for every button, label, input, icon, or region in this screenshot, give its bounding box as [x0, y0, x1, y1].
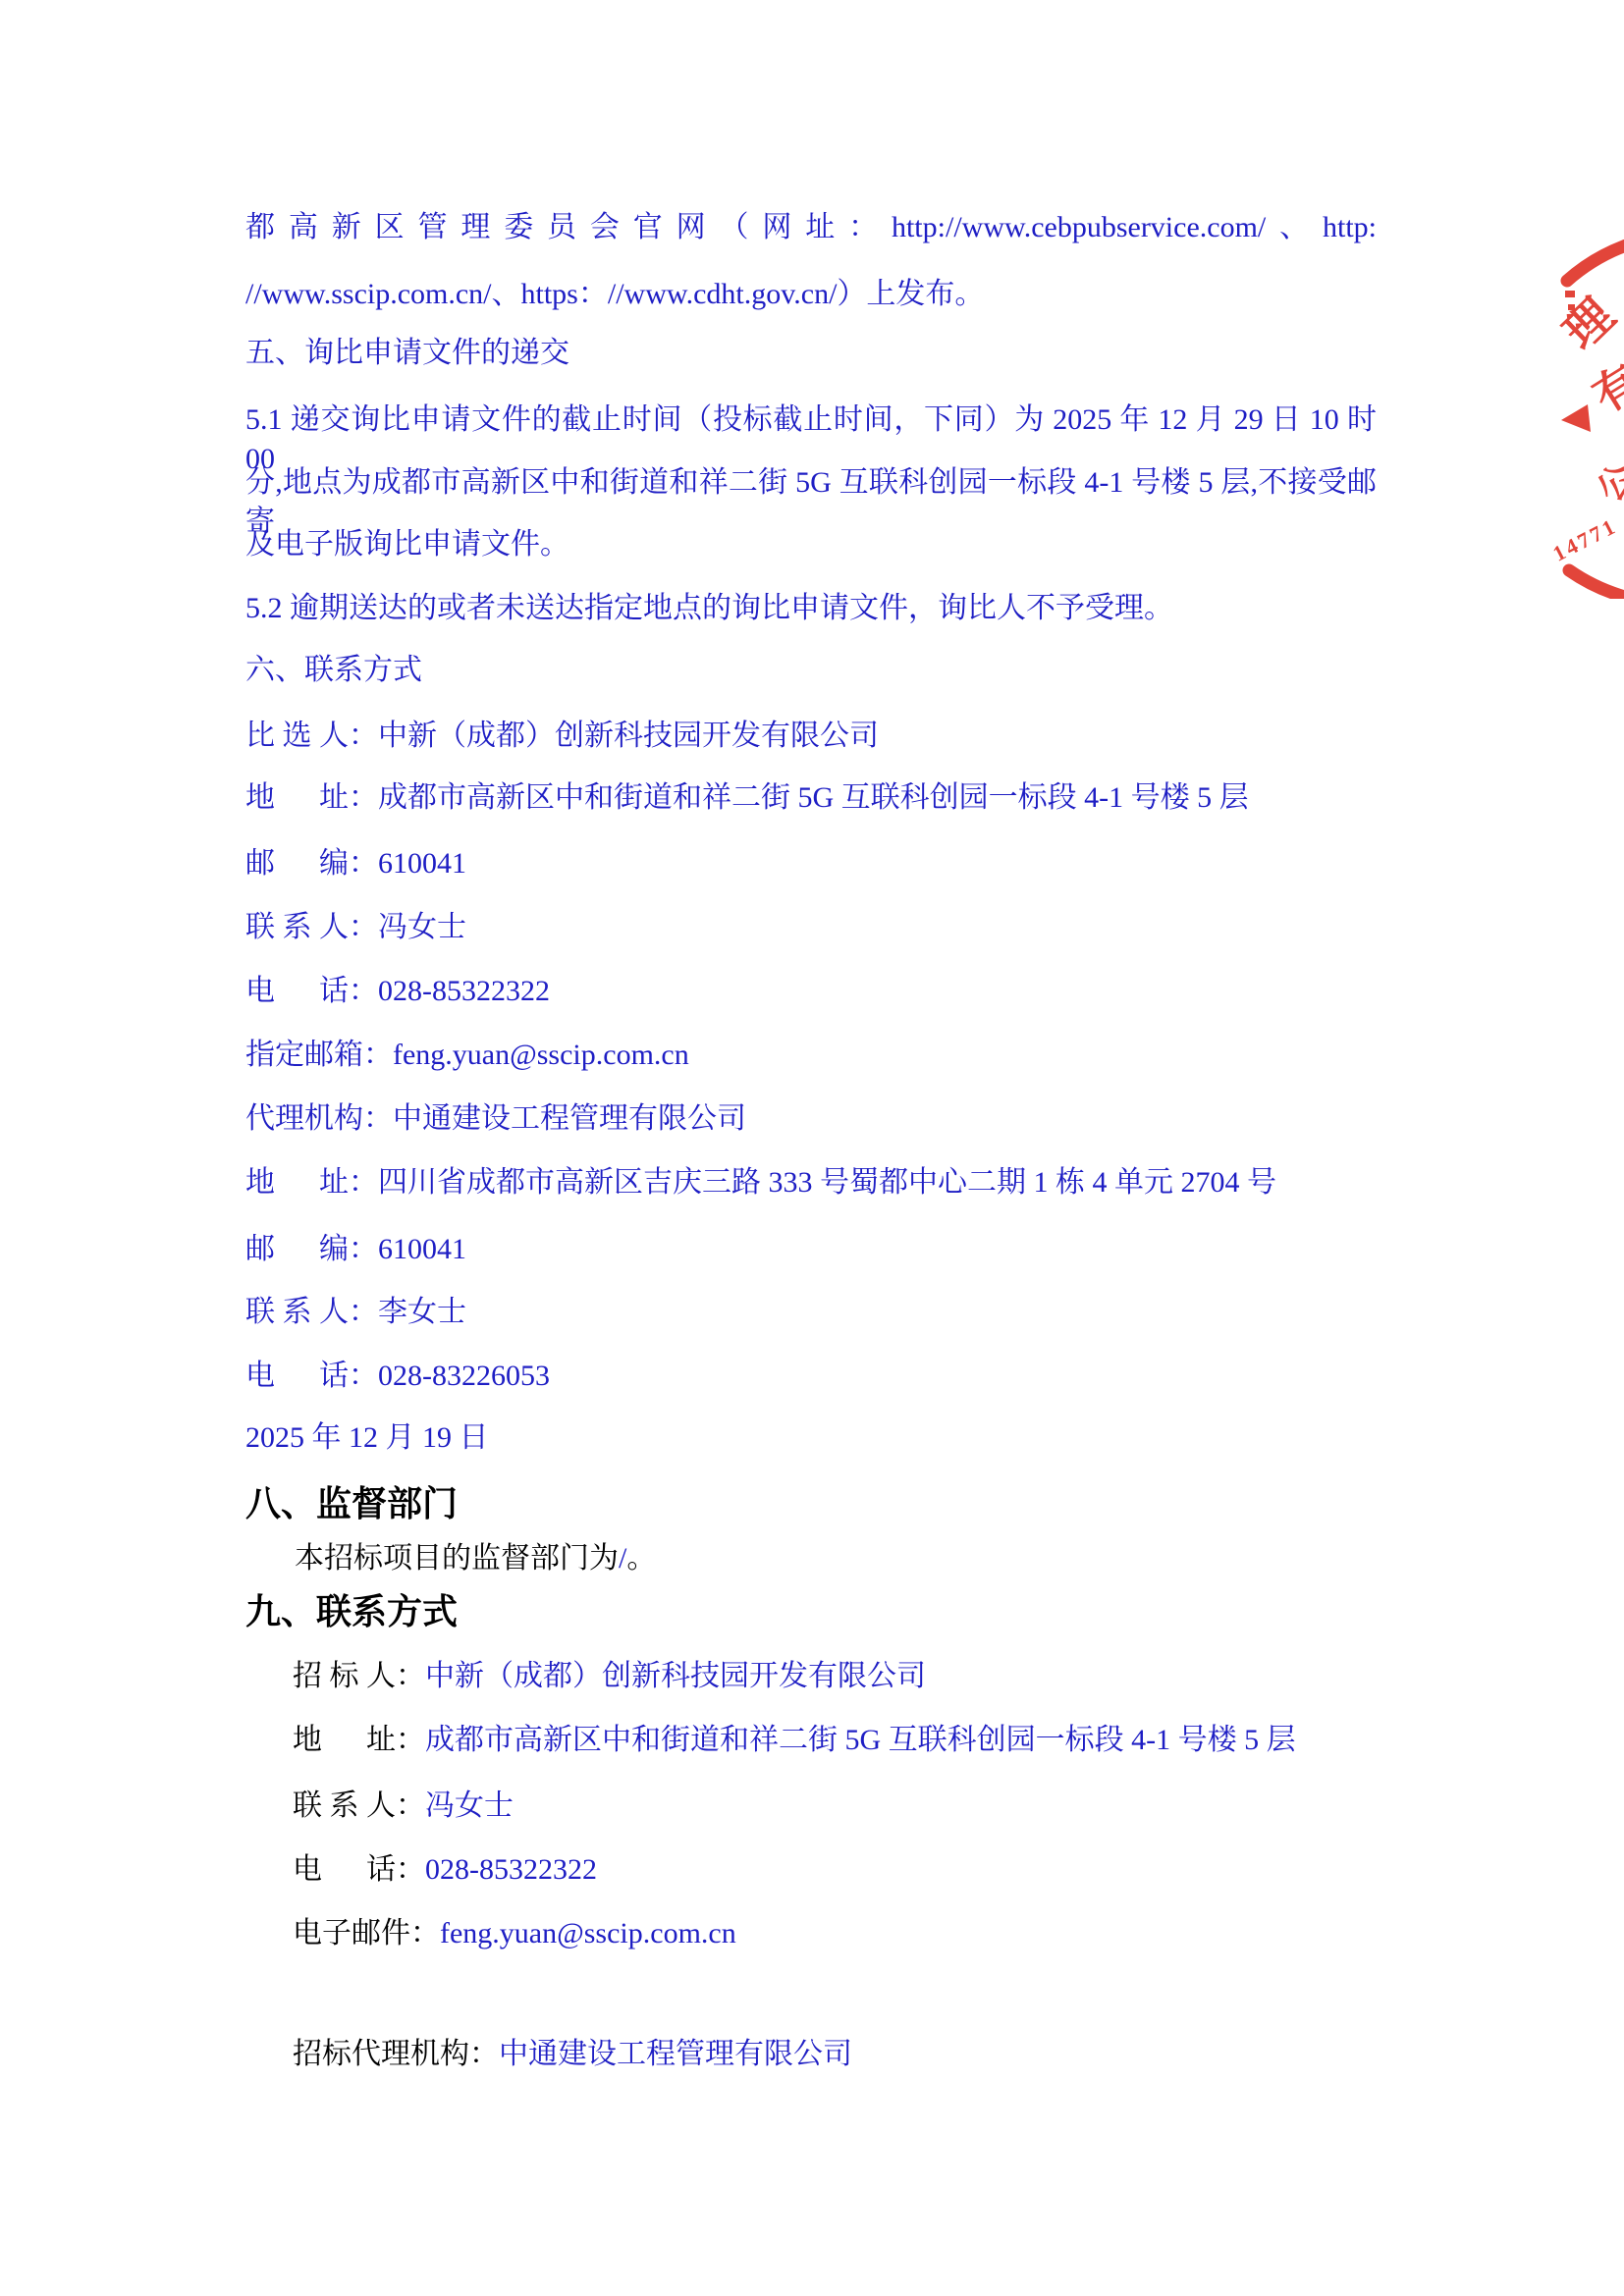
official-seal-stamp: 理 有 公 14771 [1463, 226, 1624, 599]
tenderer-contact-label: 联 系 人： [293, 1789, 425, 1822]
postcode-row-2: 邮 编：610041 [245, 1230, 466, 1269]
tenderer-contact-row: 联 系 人：冯女士 [293, 1787, 514, 1826]
section9-heading: 九、联系方式 [245, 1590, 458, 1633]
contact-person-value-2: 李女士 [378, 1296, 466, 1328]
address-value: 成都市高新区中和街道和祥二街 5G 互联科创园一标段 4-1 号楼 5 层 [378, 781, 1249, 814]
postcode-label: 邮 编： [245, 847, 378, 880]
designated-email-label: 指定邮箱： [245, 1039, 393, 1071]
clause-5-2: 5.2 逾期送达的或者未送达指定地点的询比申请文件，询比人不予受理。 [245, 589, 1173, 628]
address-value-2: 四川省成都市高新区吉庆三路 333 号蜀都中心二期 1 栋 4 单元 2704 … [378, 1166, 1276, 1199]
tenderer-contact-value: 冯女士 [425, 1789, 514, 1822]
designated-email-value: feng.yuan@sscip.com.cn [393, 1039, 689, 1071]
seal-ink-fleck [1568, 304, 1575, 310]
section8-heading: 八、监督部门 [245, 1482, 458, 1525]
supervision-period: 。 [626, 1542, 656, 1575]
seal-ring-bottom-arc [1569, 570, 1624, 599]
tenderer-email-row: 电子邮件：feng.yuan@sscip.com.cn [293, 1914, 736, 1953]
contact-person-row-1: 联 系 人：冯女士 [245, 908, 466, 947]
section5-heading: 五、询比申请文件的递交 [245, 334, 569, 373]
phone-value: 028-85322322 [378, 975, 550, 1007]
tender-agency-row: 招标代理机构：中通建设工程管理有限公司 [293, 2035, 852, 2074]
bid-selector-label: 比 选 人： [245, 720, 378, 752]
intro-line-1: 都高新区管理委员会官网（网址：http://www.cebpubservice.… [245, 208, 1377, 247]
tenderer-address-label: 地 址： [293, 1724, 425, 1756]
tenderer-row: 招 标 人：中新（成都）创新科技园开发有限公司 [293, 1657, 926, 1696]
clause-5-1-line-3: 及电子版询比申请文件。 [245, 525, 569, 564]
phone-row-1: 电 话：028-85322322 [245, 972, 550, 1011]
tenderer-value: 中新（成都）创新科技园开发有限公司 [425, 1660, 926, 1692]
tenderer-email-label: 电子邮件： [293, 1917, 440, 1949]
address-label-2: 地 址： [245, 1166, 378, 1199]
postcode-row-1: 邮 编：610041 [245, 844, 466, 883]
phone-value-2: 028-83226053 [378, 1360, 550, 1392]
document-page: 都高新区管理委员会官网（网址：http://www.cebpubservice.… [0, 0, 1624, 2296]
bid-selector-row: 比 选 人：中新（成都）创新科技园开发有限公司 [245, 717, 879, 756]
seal-char-low: 公 [1590, 457, 1624, 508]
designated-email-row: 指定邮箱：feng.yuan@sscip.com.cn [245, 1036, 689, 1075]
seal-star-tip [1561, 404, 1591, 432]
postcode-label-2: 邮 编： [245, 1233, 378, 1265]
tenderer-address-value: 成都市高新区中和街道和祥二街 5G 互联科创园一标段 4-1 号楼 5 层 [425, 1724, 1296, 1756]
tender-agency-label: 招标代理机构： [293, 2038, 499, 2070]
seal-digits: 14771 [1548, 513, 1621, 566]
tenderer-email-value: feng.yuan@sscip.com.cn [440, 1917, 736, 1949]
tenderer-phone-label: 电 话： [293, 1853, 425, 1886]
tenderer-phone-value: 028-85322322 [425, 1853, 597, 1886]
seal-ring-top-arc [1567, 241, 1624, 281]
agency-label: 代理机构： [245, 1102, 393, 1135]
section6-heading: 六、联系方式 [245, 651, 422, 690]
bid-selector-value: 中新（成都）创新科技园开发有限公司 [378, 720, 879, 752]
address-label: 地 址： [245, 781, 378, 814]
phone-row-2: 电 话：028-83226053 [245, 1357, 550, 1396]
date-line: 2025 年 12 月 19 日 [245, 1418, 489, 1458]
tenderer-label: 招 标 人： [293, 1660, 425, 1692]
contact-person-label: 联 系 人： [245, 911, 378, 943]
contact-person-label-2: 联 系 人： [245, 1296, 378, 1328]
seal-char-mid: 有 [1585, 355, 1624, 422]
agency-value: 中通建设工程管理有限公司 [393, 1102, 746, 1135]
intro-line-2: //www.sscip.com.cn/、https：//www.cdht.gov… [245, 275, 984, 314]
phone-label-2: 电 话： [245, 1360, 378, 1392]
seal-ink-fleck [1565, 291, 1575, 297]
contact-person-row-2: 联 系 人：李女士 [245, 1293, 466, 1332]
contact-person-value: 冯女士 [378, 911, 466, 943]
tenderer-phone-row: 电 话：028-85322322 [293, 1850, 597, 1890]
address-row-1: 地 址：成都市高新区中和街道和祥二街 5G 互联科创园一标段 4-1 号楼 5 … [245, 778, 1249, 818]
phone-label: 电 话： [245, 975, 378, 1007]
seal-char-top: 理 [1554, 290, 1624, 359]
section8-body: 本招标项目的监督部门为/。 [295, 1539, 656, 1578]
tender-agency-value: 中通建设工程管理有限公司 [499, 2038, 852, 2070]
supervision-text: 本招标项目的监督部门为 [295, 1542, 619, 1575]
postcode-value: 610041 [378, 847, 466, 880]
agency-row-1: 代理机构：中通建设工程管理有限公司 [245, 1099, 746, 1139]
postcode-value-2: 610041 [378, 1233, 466, 1265]
tenderer-address-row: 地 址：成都市高新区中和街道和祥二街 5G 互联科创园一标段 4-1 号楼 5 … [293, 1721, 1296, 1760]
address-row-2: 地 址：四川省成都市高新区吉庆三路 333 号蜀都中心二期 1 栋 4 单元 2… [245, 1163, 1276, 1202]
